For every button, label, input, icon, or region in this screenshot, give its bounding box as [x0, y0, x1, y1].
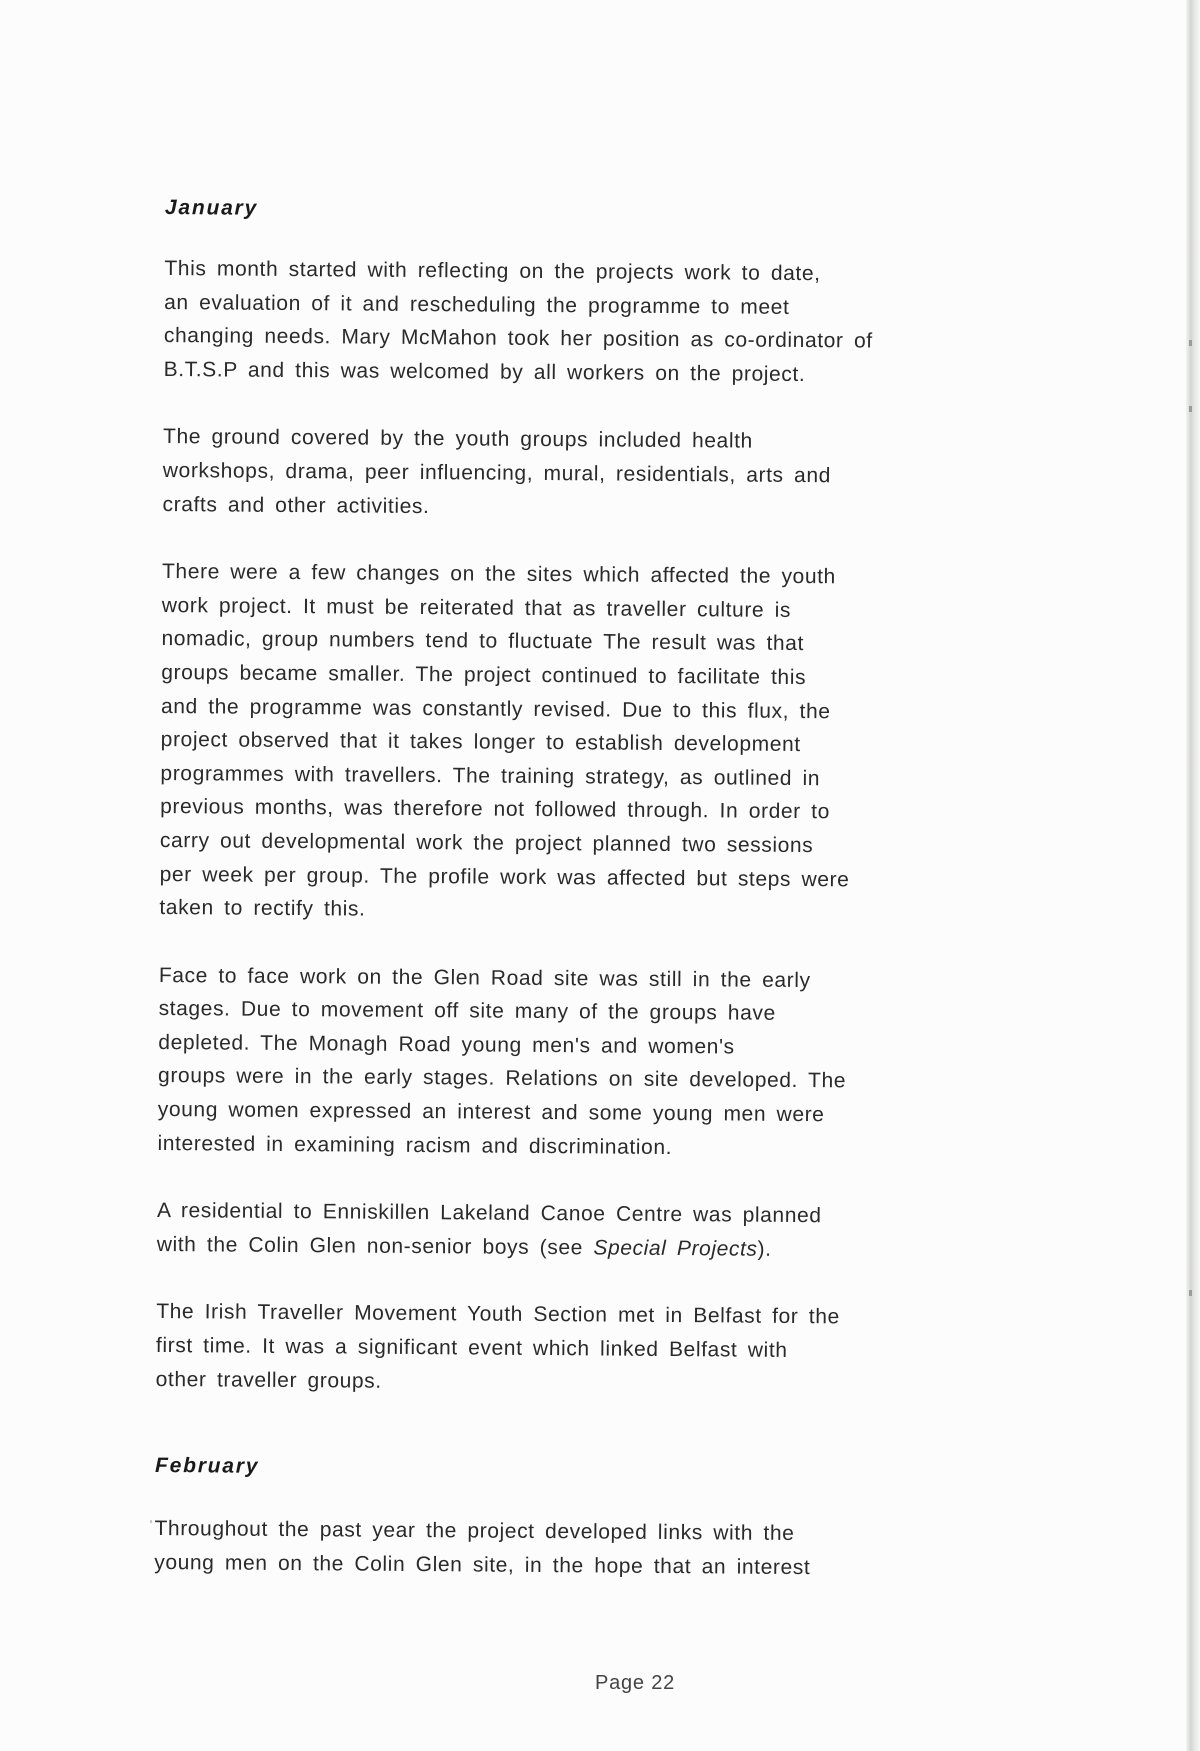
paragraph-january-1: This month started with reflecting on th…	[164, 252, 1045, 393]
page-binding-edge	[1186, 0, 1200, 1751]
text-line: interested in examining racism and discr…	[157, 1127, 1037, 1168]
edge-mark	[1189, 340, 1192, 346]
text-line: B.T.S.P and this was welcomed by all wor…	[164, 353, 1044, 394]
text-line: taken to rectify this.	[159, 891, 1039, 932]
text-line: young men on the Colin Glen site, in the…	[154, 1546, 1034, 1587]
paragraph-january-5: A residential to Enniskillen Lakeland Ca…	[157, 1194, 1038, 1268]
special-projects-reference: Special Projects	[593, 1236, 757, 1260]
section-heading-january: January	[165, 196, 1045, 227]
paragraph-january-6: The Irish Traveller Movement Youth Secti…	[156, 1295, 1037, 1403]
text-line: with the Colin Glen non-senior boys (see…	[157, 1228, 1037, 1269]
edge-mark	[1189, 1290, 1192, 1296]
text-fragment: with the Colin Glen non-senior boys (see	[157, 1233, 594, 1259]
text-line: crafts and other activities.	[162, 488, 1042, 529]
text-fragment: ).	[757, 1238, 771, 1261]
paragraph-january-2: The ground covered by the youth groups i…	[162, 420, 1043, 528]
section-heading-february: February	[155, 1454, 1035, 1485]
scan-speck	[150, 1520, 152, 1523]
edge-mark	[1189, 406, 1192, 412]
paragraph-january-3: There were a few changes on the sites wh…	[159, 555, 1042, 931]
paragraph-january-4: Face to face work on the Glen Road site …	[157, 959, 1039, 1167]
document-body: January This month started with reflecti…	[154, 196, 1045, 1620]
text-line: other traveller groups.	[156, 1363, 1036, 1404]
paragraph-february-1: Throughout the past year the project dev…	[154, 1512, 1035, 1586]
page-number: Page 22	[0, 1672, 1200, 1695]
